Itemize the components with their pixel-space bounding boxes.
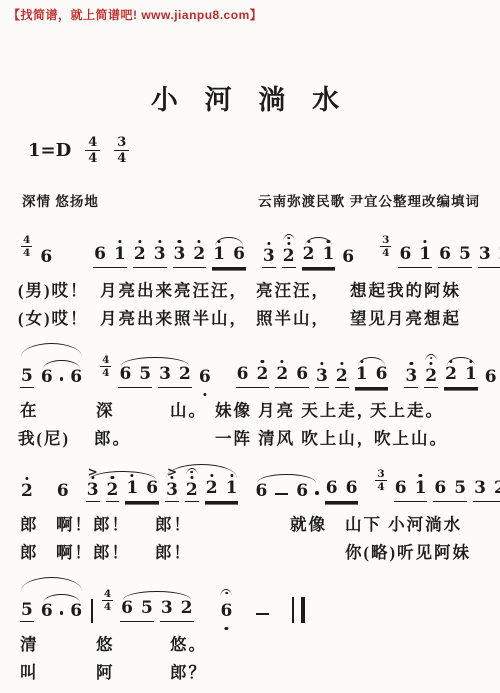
note: 2 bbox=[424, 368, 438, 388]
beam-group: 61 bbox=[394, 480, 428, 502]
lyric-segment: 我(尼) bbox=[18, 425, 70, 449]
song-title: 小 河 淌 水 bbox=[0, 78, 500, 117]
slur-group: 16 bbox=[355, 356, 389, 388]
note: 3 bbox=[478, 246, 492, 265]
note: 2 bbox=[180, 600, 194, 619]
lyric-segment: 郎。 bbox=[94, 425, 131, 449]
lyric-segment: 吹上山。 bbox=[374, 425, 448, 449]
beam-group: 21 bbox=[205, 480, 239, 502]
note: 6 bbox=[325, 480, 339, 499]
lyric-segment: 深 bbox=[96, 397, 115, 421]
note: 2 bbox=[106, 482, 120, 502]
note: 6 bbox=[40, 603, 54, 622]
note: 1 bbox=[464, 366, 478, 385]
notation-line: 5664465326 bbox=[0, 574, 500, 628]
slur-group: 566 bbox=[20, 577, 83, 622]
note: 2 bbox=[133, 246, 147, 265]
octave-dot-high bbox=[138, 240, 141, 243]
octave-dot-high bbox=[307, 240, 310, 243]
note: 6 bbox=[236, 366, 250, 385]
octave-dot-high bbox=[178, 240, 181, 243]
score: 446612332163221634616532(男)哎！月亮出来亮汪汪，亮汪汪… bbox=[0, 220, 500, 684]
slur-group: 566 bbox=[20, 343, 83, 388]
fermata-mark bbox=[221, 589, 232, 596]
beam-group: 16 bbox=[125, 480, 159, 502]
octave-dot-high bbox=[190, 476, 193, 479]
note: 2 bbox=[493, 480, 500, 499]
octave-dot-high bbox=[340, 362, 343, 365]
note: 6 bbox=[375, 366, 389, 385]
slur-group: 6532 bbox=[120, 590, 193, 622]
octave-dot-high bbox=[131, 474, 134, 477]
lyric-segment: 就像 bbox=[290, 511, 327, 535]
accent-mark: > bbox=[167, 465, 177, 479]
note: 6 bbox=[69, 603, 83, 622]
meter-fraction: 44 bbox=[85, 135, 100, 166]
note: 2 bbox=[205, 480, 219, 499]
lyric-segment: 一阵 清风 吹上山， bbox=[215, 425, 375, 449]
note: 6 bbox=[484, 369, 498, 388]
lyric-line: 郎啊！郎！郎！你(略)听见阿妹 bbox=[18, 536, 500, 564]
note: 5 bbox=[20, 602, 34, 622]
lyric-segment: 妹像 月亮 天上走， bbox=[215, 397, 375, 421]
accent-mark: > bbox=[88, 465, 98, 479]
time-signature: 34 bbox=[375, 468, 386, 493]
beam-group: 61 bbox=[398, 246, 432, 268]
note: 6 bbox=[295, 366, 309, 385]
lyric-segment: (男)哎！ bbox=[18, 277, 89, 301]
lyric-segment: 月亮出来照半山， bbox=[100, 305, 248, 329]
note: 3 bbox=[315, 368, 329, 388]
time-signature: 44 bbox=[21, 234, 32, 259]
lyric-segment: 你(略)听见阿妹 bbox=[345, 539, 471, 563]
beam-group: 65 bbox=[118, 366, 152, 388]
lyric-segment: 山。 bbox=[170, 397, 207, 421]
lyric-segment: 亮汪汪， bbox=[256, 277, 330, 301]
note: 2 bbox=[302, 246, 316, 265]
octave-dot-high bbox=[281, 360, 284, 363]
lyric-segment: 山下 小河淌水 bbox=[345, 511, 462, 535]
note: 6 bbox=[438, 246, 452, 265]
note: 2 bbox=[444, 366, 458, 385]
beam-group: 65 bbox=[120, 600, 154, 622]
note: 3 bbox=[404, 368, 418, 388]
lyric-segment: 阿 bbox=[96, 659, 115, 683]
score-system: 446612332163221634616532(男)哎！月亮出来亮汪汪，亮汪汪… bbox=[0, 220, 500, 330]
note: 6 bbox=[232, 246, 246, 265]
note: 6 bbox=[118, 366, 132, 385]
score-system: 5664465326清悠悠。叫阿郎？ bbox=[0, 574, 500, 684]
beam-group: 32 bbox=[160, 600, 194, 622]
note: 2 bbox=[335, 368, 349, 388]
lyric-line: 郎啊！郎！郎！就像山下 小河淌水 bbox=[18, 508, 500, 536]
watermark: 【找简谱，就上简谱吧! www.jianpu8.com】 bbox=[8, 6, 262, 23]
beam-group: 66 bbox=[325, 480, 359, 502]
meter-list: 4434 bbox=[85, 135, 129, 166]
beam-group: 32 bbox=[473, 480, 500, 502]
octave-dot-high bbox=[419, 474, 422, 477]
lyric-segment: (女)哎！ bbox=[18, 305, 89, 329]
octave-dot-high bbox=[449, 360, 452, 363]
octave-dot-high bbox=[430, 362, 433, 365]
lyric-segment: 悠。 bbox=[170, 631, 207, 655]
octave-dot-high bbox=[210, 474, 213, 477]
note: 3 bbox=[153, 246, 167, 265]
note: 6 bbox=[345, 480, 359, 499]
score-system: 263>2163>221666634616532郎啊！郎！郎！就像山下 小河淌水… bbox=[0, 454, 500, 564]
fermata-mark bbox=[186, 468, 197, 475]
slur-group: 3>216 bbox=[86, 470, 159, 502]
slur-group: 16 bbox=[212, 236, 246, 268]
slur-group: 21 bbox=[302, 236, 336, 268]
note: 6 bbox=[69, 369, 83, 388]
octave-dot-high bbox=[327, 240, 330, 243]
note: 1 bbox=[113, 246, 127, 265]
note: 6 bbox=[93, 246, 107, 265]
beam-group: 32 bbox=[173, 246, 207, 268]
lyric-segment: 啊！郎！ bbox=[56, 511, 130, 535]
beam-group: 62 bbox=[236, 366, 270, 388]
octave-dot-high bbox=[111, 476, 114, 479]
lyric-line: 在深山。妹像 月亮 天上走，天上走。 bbox=[18, 394, 500, 422]
attribution: 云南弥渡民歌 尹宜公整理改编填词 bbox=[258, 190, 480, 210]
note: 6 bbox=[254, 483, 268, 502]
note: 3 bbox=[262, 248, 276, 268]
octave-dot-high bbox=[118, 240, 121, 243]
augmentation-dot bbox=[60, 377, 64, 381]
note: 2 bbox=[20, 483, 34, 502]
notation-line: 446612332163221634616532 bbox=[0, 220, 500, 274]
note: 5 bbox=[458, 246, 472, 265]
note: 6 bbox=[433, 480, 447, 499]
note: 1 bbox=[212, 246, 226, 265]
octave-dot-high bbox=[287, 242, 290, 245]
note: 1 bbox=[355, 366, 369, 385]
note: 6 bbox=[198, 369, 212, 388]
note: 6 bbox=[398, 246, 412, 265]
octave-dot-high bbox=[410, 362, 413, 365]
lyric-segment: 郎 bbox=[20, 539, 39, 563]
lyric-line: (女)哎！月亮出来照半山，照半山，望见月亮想起 bbox=[18, 302, 500, 330]
lyric-segment: 月亮出来亮汪汪， bbox=[100, 277, 248, 301]
lyric-segment: 天上走。 bbox=[370, 397, 444, 421]
augmentation-dot bbox=[60, 611, 64, 615]
note: 2 bbox=[256, 366, 270, 385]
beam-group: 61 bbox=[93, 246, 127, 268]
octave-dot-high bbox=[158, 240, 161, 243]
lyric-line: 叫阿郎？ bbox=[18, 656, 500, 684]
dash-extension bbox=[275, 493, 288, 495]
note: 6 bbox=[394, 480, 408, 499]
time-signature: 44 bbox=[102, 588, 113, 613]
note: 6 bbox=[40, 369, 54, 388]
note: 3> bbox=[165, 482, 179, 502]
tonic-label: 1=D bbox=[28, 140, 71, 161]
beam-group: 65 bbox=[438, 246, 472, 268]
octave-dot-high bbox=[230, 474, 233, 477]
note: 3> bbox=[86, 482, 100, 502]
lyric-segment: 照半山， bbox=[256, 305, 330, 329]
note: 3 bbox=[173, 246, 187, 265]
notation-line: 56644653266226321632216 bbox=[0, 340, 500, 394]
octave-dot-high bbox=[320, 362, 323, 365]
key-signature: 1=D 4434 bbox=[28, 135, 500, 166]
lyric-segment: 啊！郎！ bbox=[56, 539, 130, 563]
dash-extension bbox=[256, 613, 269, 615]
lyric-segment: 想起我的阿妹 bbox=[350, 277, 461, 301]
lyric-line: 清悠悠。 bbox=[18, 628, 500, 656]
time-signature: 44 bbox=[100, 354, 111, 379]
beam-group: 26 bbox=[275, 366, 309, 388]
note: 2 bbox=[282, 248, 296, 268]
note: 5 bbox=[140, 600, 154, 619]
octave-dot-high bbox=[360, 360, 363, 363]
expression-row: 深情 悠扬地 云南弥渡民歌 尹宜公整理改编填词 bbox=[22, 190, 480, 210]
octave-dot-high bbox=[424, 240, 427, 243]
slur-group: 66 bbox=[40, 593, 83, 622]
note: 3 bbox=[158, 366, 172, 385]
note: 1 bbox=[414, 480, 428, 499]
note: 2 bbox=[185, 482, 199, 502]
note: 1 bbox=[125, 480, 139, 499]
slur-group: 3>221 bbox=[165, 464, 238, 502]
slur-group: 6532 bbox=[118, 356, 191, 388]
sheet-music-page: 【找简谱，就上简谱吧! www.jianpu8.com】 小 河 淌 水 1=D… bbox=[0, 0, 500, 693]
octave-dot-high bbox=[267, 242, 270, 245]
fermata-mark bbox=[426, 354, 437, 361]
note: 6 bbox=[120, 600, 134, 619]
note: 6 bbox=[220, 603, 234, 622]
note: 1 bbox=[418, 246, 432, 265]
final-barline bbox=[292, 597, 305, 623]
note: 5 bbox=[20, 368, 34, 388]
lyric-segment: 郎 bbox=[20, 511, 39, 535]
note: 6 bbox=[341, 249, 355, 268]
lyric-line: (男)哎！月亮出来亮汪汪，亮汪汪，想起我的阿妹 bbox=[18, 274, 500, 302]
lyric-segment: 在 bbox=[20, 397, 39, 421]
lyric-line: 我(尼)郎。一阵 清风 吹上山，吹上山。 bbox=[18, 422, 500, 450]
fermata-mark bbox=[283, 234, 294, 241]
slur-group: 21 bbox=[444, 356, 478, 388]
lyric-segment: 郎！ bbox=[155, 539, 192, 563]
lyric-segment: 清 bbox=[20, 631, 39, 655]
note: 2 bbox=[178, 366, 192, 385]
note: 6 bbox=[56, 483, 70, 502]
barline bbox=[91, 599, 93, 623]
beam-group: 32 bbox=[158, 366, 192, 388]
beam-group: 32 bbox=[478, 246, 500, 268]
octave-dot-high bbox=[469, 360, 472, 363]
beam-group: 23 bbox=[133, 246, 167, 268]
octave-dot-high bbox=[261, 360, 264, 363]
lyric-segment: 悠 bbox=[96, 631, 115, 655]
note: 6 bbox=[145, 480, 159, 499]
meter-fraction: 34 bbox=[114, 135, 129, 166]
note: 3 bbox=[160, 600, 174, 619]
note: 5 bbox=[138, 366, 152, 385]
note: 6 bbox=[295, 483, 309, 502]
slur-group: 66 bbox=[254, 473, 318, 502]
note: 1 bbox=[225, 480, 239, 499]
lyric-segment: 叫 bbox=[20, 659, 39, 683]
lyric-segment: 郎？ bbox=[170, 659, 207, 683]
note: 3 bbox=[473, 480, 487, 499]
beam-group: 65 bbox=[433, 480, 467, 502]
note: 1 bbox=[321, 246, 335, 265]
time-signature: 34 bbox=[380, 234, 391, 259]
lyric-segment: 望见月亮想起 bbox=[350, 305, 461, 329]
augmentation-dot bbox=[315, 491, 319, 495]
lyric-segment: 郎！ bbox=[155, 511, 192, 535]
note: 2 bbox=[192, 246, 206, 265]
octave-dot-high bbox=[218, 240, 221, 243]
note: 6 bbox=[39, 249, 53, 268]
tempo-expression: 深情 悠扬地 bbox=[22, 190, 99, 210]
notation-line: 263>2163>221666634616532 bbox=[0, 454, 500, 508]
octave-dot-high bbox=[198, 240, 201, 243]
note: 5 bbox=[453, 480, 467, 499]
octave-dot-high bbox=[25, 477, 28, 480]
note: 2 bbox=[275, 366, 289, 385]
score-system: 56644653266226321632216在深山。妹像 月亮 天上走，天上走… bbox=[0, 340, 500, 450]
slur-group: 66 bbox=[40, 359, 83, 388]
